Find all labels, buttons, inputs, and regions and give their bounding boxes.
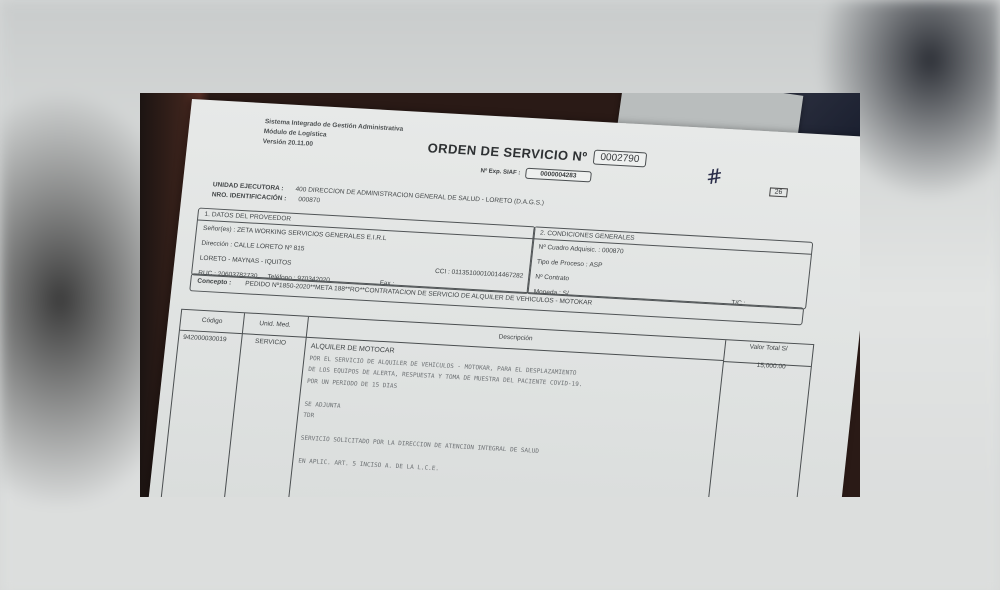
siaf-number: 0000004283 (525, 168, 592, 183)
header-codigo: Código (180, 310, 244, 334)
direccion-value: CALLE LORETO Nº 815 (234, 242, 305, 253)
order-number: 0002790 (593, 150, 647, 168)
system-header: Sistema Integrado de Gestión Administrat… (262, 117, 403, 155)
items-table: Código Unid. Med. Descripción Valor Tota… (155, 309, 814, 497)
handwritten-mark: # (705, 163, 724, 189)
tipo-label: Tipo de Proceso : (537, 259, 588, 269)
direccion-label: Dirección : (201, 240, 232, 249)
header-unidad: Unid. Med. (242, 313, 308, 337)
title-row: ORDEN DE SERVICIO Nº 0002790 (427, 140, 647, 167)
siaf-row: Nº Exp. SIAF : 0000004283 (480, 165, 592, 182)
tipo-value: ASP (589, 261, 603, 269)
cuadro-value: 000870 (602, 247, 624, 255)
certificacion-value: 000870 (298, 196, 320, 204)
cell-descripcion: ALQUILER DE MOTOCAR POR EL SERVICIO DE A… (298, 341, 711, 489)
cci-value: 01135100010014467282 (451, 269, 523, 280)
date-stamp: 26 (769, 187, 788, 197)
cell-valor: 15,000.00 (756, 362, 786, 371)
document-photo: Sistema Integrado de Gestión Administrat… (140, 93, 860, 497)
siaf-label: Nº Exp. SIAF : (480, 168, 520, 176)
concepto-label: Concepto : (197, 278, 232, 287)
stamp-day: 26 (769, 187, 788, 197)
cci-label: CCI : (435, 268, 451, 276)
contrato-label: Nº Contrato (535, 273, 570, 282)
senores-label: Señor(es) : (203, 225, 236, 234)
document-title: ORDEN DE SERVICIO Nº (427, 140, 588, 164)
service-order-sheet: Sistema Integrado de Gestión Administrat… (145, 99, 860, 497)
cuadro-label: Nº Cuadro Adquisic. : (538, 244, 600, 254)
certificacion-label: NRO. IDENTIFICACIÓN : (211, 191, 286, 202)
